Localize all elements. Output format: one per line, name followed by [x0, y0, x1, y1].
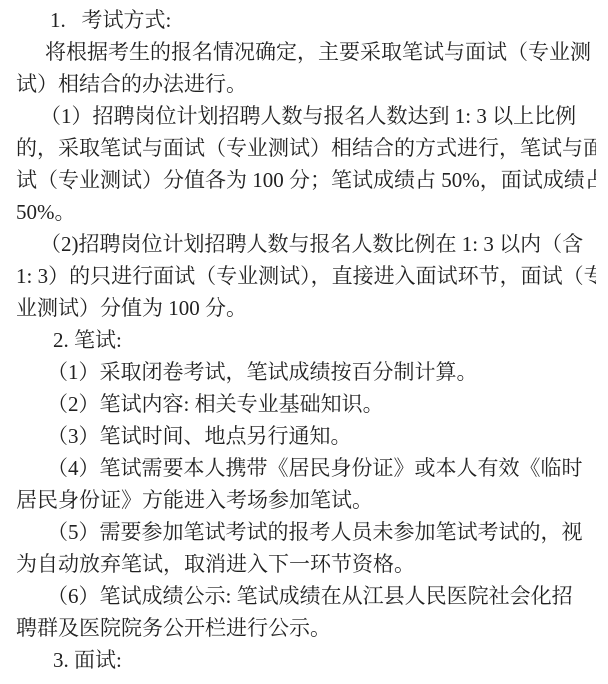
heading-interview: 3. 面试:: [16, 644, 596, 676]
item-2-2: （2）笔试内容: 相关专业基础知识。: [16, 388, 596, 420]
heading-exam-method: 1. 考试方式:: [16, 4, 596, 36]
item-1-2-line-3: 业测试）分值为 100 分。: [16, 292, 596, 324]
heading-written-test: 2. 笔试:: [16, 324, 596, 356]
item-1-2-line-2: 1: 3）的只进行面试（专业测试），直接进入面试环节，面试（专: [16, 260, 596, 292]
document-page: 1. 考试方式: 将根据考生的报名情况确定，主要采取笔试与面试（专业测 试）相结…: [0, 0, 608, 684]
item-2-4-line-2: 居民身份证》方能进入考场参加笔试。: [16, 484, 596, 516]
item-2-5-line-2: 为自动放弃笔试，取消进入下一环节资格。: [16, 548, 596, 580]
item-1-1-line-2: 的，采取笔试与面试（专业测试）相结合的方式进行，笔试与面: [16, 132, 596, 164]
item-2-1: （1）采取闭卷考试，笔试成绩按百分制计算。: [16, 356, 596, 388]
item-2-5-line-1: （5）需要参加笔试考试的报考人员未参加笔试考试的，视: [16, 516, 596, 548]
paragraph-intro-line-2: 试）相结合的办法进行。: [16, 68, 596, 100]
item-2-3: （3）笔试时间、地点另行通知。: [16, 420, 596, 452]
item-2-4-line-1: （4）笔试需要本人携带《居民身份证》或本人有效《临时: [16, 452, 596, 484]
paragraph-intro-line-1: 将根据考生的报名情况确定，主要采取笔试与面试（专业测: [16, 36, 596, 68]
item-1-1-line-4: 50%。: [16, 196, 596, 228]
item-1-1-line-3: 试（专业测试）分值各为 100 分；笔试成绩占 50%，面试成绩占: [16, 164, 596, 196]
item-1-2-line-1: （2)招聘岗位计划招聘人数与报名人数比例在 1: 3 以内（含: [16, 228, 596, 260]
item-1-1-line-1: （1）招聘岗位计划招聘人数与报名人数达到 1: 3 以上比例: [16, 100, 596, 132]
item-2-6-line-1: （6）笔试成绩公示: 笔试成绩在从江县人民医院社会化招: [16, 580, 596, 612]
item-2-6-line-2: 聘群及医院院务公开栏进行公示。: [16, 612, 596, 644]
